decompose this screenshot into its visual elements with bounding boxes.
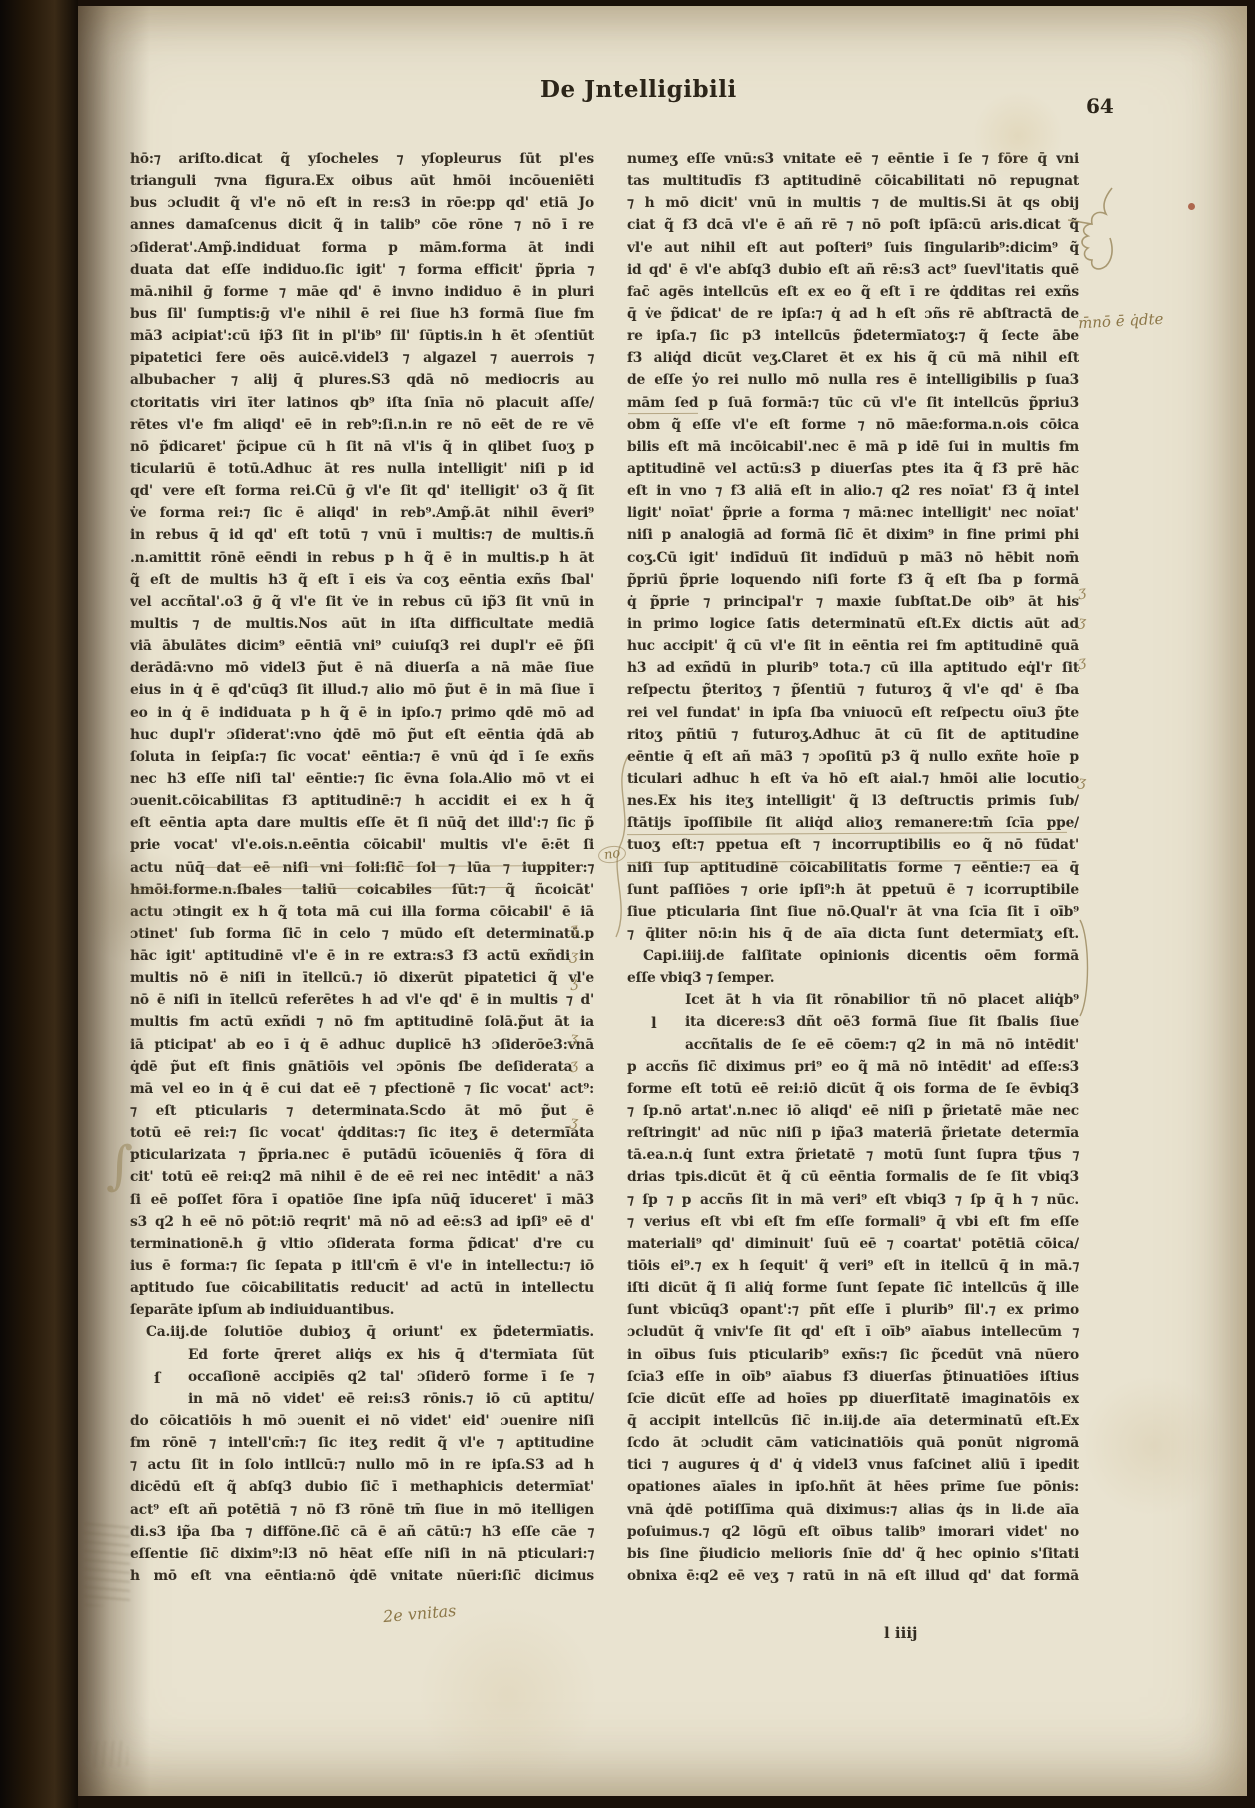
text-line: forme eſt totū eē rei:iō dicūt q̃ ois fo… [627, 1078, 1079, 1100]
text-line: s3 q2 h eē nō pōt:iō reqrit' mā nō ad eē… [130, 1211, 594, 1233]
text-line: mām ſed p ſuā formā:⁊ tūc cū vl'e ſit in… [627, 392, 1079, 414]
text-line: Ed forte q̄reret aliq̇s ex his q̄ d'term… [188, 1344, 594, 1366]
text-line: huc dupl'r ɔſiderat':vno q̇dē mō p̃ut eſ… [130, 724, 594, 746]
text-line: Capi.iiij.de falſitate opinionis dicenti… [627, 945, 1079, 967]
handwritten-unitas-note: 2e vnitas [382, 1601, 457, 1626]
text-line: id qd' ē vl'e abſq3 dubio eſt añ rē:s3 a… [627, 259, 1079, 281]
text-line: reſpectu p̃teritoʒ ⁊ p̃ſentiū ⁊ futuroʒ … [627, 679, 1079, 701]
text-line: ɔtinet' ſub forma ſic̄ in celo ⁊ mūdo eſ… [130, 923, 594, 945]
text-line: eſſe vbiq3 ⁊ ſemper. [627, 967, 1079, 989]
text-line: ligit' noīat' p̃prie a forma ⁊ mā:nec in… [627, 502, 1079, 524]
text-line: tuoʒ eſt:⁊ ppetua eſt ⁊ incorruptibilis … [627, 834, 1079, 856]
ink-squiggle-mark: ʒ [1077, 654, 1087, 671]
text-line: eſt in vno ⁊ f3 aliā eſt in alio.⁊ q2 re… [627, 480, 1079, 502]
text-line: albubacher ⁊ alij q̄ plures.S3 qdā nō me… [130, 369, 594, 391]
text-line: di.s3 ip̃a ſba ⁊ diffōne.ſic̄ cā ē añ cā… [130, 1521, 594, 1543]
margin-curl-mark: ∫ [106, 1136, 133, 1196]
text-line: trianguli ⁊vna figura.Ex oibus aūt hmōi … [130, 170, 594, 192]
text-line: ⁊ actu ſit in ſolo intllcū:⁊ nullo mō in… [130, 1454, 594, 1476]
text-line: multis nō ē niſi in ītellcū.⁊ iō dixerūt… [130, 967, 594, 989]
initial-paragraph: lIcet āt h via ſit rōnabilior tñ nō plac… [627, 989, 1079, 1055]
text-line: p̃priū p̃prie loquendo niſi forte f3 q̃ … [627, 569, 1079, 591]
text-line: qd' vere eſt forma rei.Cū ḡ vl'e ſit qd'… [130, 480, 594, 502]
text-line: vel accñtal'.o3 ḡ q̃ vl'e ſit v̇e in reb… [130, 591, 594, 613]
text-line: nō ē niſi in ītellcū referētes h ad vl'e… [130, 989, 594, 1011]
text-line: reſtringit' ad nūc niſi p ip̃a3 materiā … [627, 1122, 1079, 1144]
text-line: ſi eē poſſet fōra ī opatiōe ſine ipſa nū… [130, 1189, 594, 1211]
text-line: coʒ.Cū igit' indīduū ſit indīduū p mā3 n… [627, 547, 1079, 569]
text-line: multis fm actū exñdi ⁊ nō fm aptitudinē … [130, 1011, 594, 1033]
text-line: ſtātijs īpoſſibile ſit aliq̇d alioʒ rema… [627, 812, 1079, 834]
handwritten-no-note: no [597, 844, 627, 865]
right-text-column: numeʒ eſſe vnū:s3 vnitate eē ⁊ eēntie ī … [627, 148, 1079, 1587]
text-line: poſuimus.⁊ q2 lōgū eſt oībus talib⁹ imor… [627, 1521, 1079, 1543]
text-line: ſcīa3 eſſe in oīb⁹ aīabus f3 diuerſas p̃… [627, 1366, 1079, 1388]
ink-squiggle-mark: ʒ [569, 975, 579, 992]
text-line: fac̄ agēs intellcūs eſt ex eo q̃ eſt ī r… [627, 281, 1079, 303]
text-line: re ipſa.⁊ ſic p3 intellcūs p̃determīatoʒ… [627, 325, 1079, 347]
text-line: h mō eſt vna eēntia:nō q̇dē vnitate nūer… [130, 1565, 594, 1587]
text-line: .n.amittit rōnē eēndi in rebus p h q̃ ē … [130, 547, 594, 569]
text-line: de eſſe y̔o rei nullo mō nulla res ē int… [627, 369, 1079, 391]
text-line: Ca.iij.de ſolutiōe dubioʒ q̄ oriunt' ex … [130, 1321, 594, 1343]
text-line: ita dicere:s3 dñt oē3 formā ſiue ſit ſba… [685, 1011, 1079, 1033]
text-line: vl'e aut nihil eſt aut poſteri⁹ ſuis ſin… [627, 237, 1079, 259]
text-line: derādā:vno mō videl3 p̃ut ē nā diuerſa a… [130, 657, 594, 679]
text-line: nō p̃dicaret' p̃cipue cū h ſit nā vl'is … [130, 436, 594, 458]
text-line: q̄ v̇e p̃dicat' de re ipſa:⁊ q̇ ad h eſt… [627, 303, 1079, 325]
text-line: act⁹ eſt añ potētiā ⁊ nō f3 rōnē tm̄ ſiu… [130, 1499, 594, 1521]
page-paper: De Jntelligibili 64 hō:⁊ ariſto.dicat q̃… [78, 6, 1247, 1796]
text-line: prie vocat' vl'e.ois.n.eēntia cōicabil' … [130, 834, 594, 856]
text-line: drias tpis.dicūt ēt q̃ cū eēntia formali… [627, 1166, 1079, 1188]
text-line: hāc igit' aptitudinē vl'e ē in re extra:… [130, 945, 594, 967]
text-line: aptitudinē vel actū:s3 p diuerſas ptes i… [627, 458, 1079, 480]
text-line: obm q̃ eſſe vl'e eſt forme ⁊ nō māe:form… [627, 414, 1079, 436]
text-line: ſcdo āt ɔcludit cām vaticinatiōis quā po… [627, 1432, 1079, 1454]
text-line: ɔuenit.cōicabilitas f3 aptitudinē:⁊ h ac… [130, 790, 594, 812]
text-line: numeʒ eſſe vnū:s3 vnitate eē ⁊ eēntie ī … [627, 148, 1079, 170]
text-line: ritoʒ pñtiū ⁊ futuroʒ.Adhuc āt cū ſit de… [627, 724, 1079, 746]
text-line: multis ⁊ de multis.Nos aūt in iſta diffi… [130, 613, 594, 635]
paper-stain-dot [1188, 203, 1195, 210]
running-title: De Jntelligibili [540, 76, 737, 103]
text-line: duata dat eſſe indiduo.ſic igit' ⁊ forma… [130, 259, 594, 281]
show-through-smudge [84, 1522, 130, 1606]
ink-squiggle-mark: ʒ [569, 921, 579, 938]
text-line: bilis eſt mā incōicabil'.nec ē mā p idē … [627, 436, 1079, 458]
text-line: q̄ accipit intellcūs ſic̄ in.iij.de aīa … [627, 1410, 1079, 1432]
initial-guide-letter: l [651, 1014, 657, 1032]
text-line: annes damaſcenus dicit q̃ in talib⁹ cōe … [130, 214, 594, 236]
binding-gutter [0, 0, 78, 1808]
text-line: ctoritatis viri īter latinos qb⁹ iſta ſn… [130, 392, 594, 414]
signature-mark: l iiij [884, 1624, 917, 1642]
show-through-smudge [88, 1741, 128, 1767]
ink-squiggle-mark: ʒ [1077, 584, 1087, 601]
text-line: cit' totū eē rei:q2 mā nihil ē de eē rei… [130, 1166, 594, 1188]
text-line: eſt eēntia apta dare multis eſſe ēt ſi n… [130, 812, 594, 834]
text-line: in primo logice ſatis determinatū eſt.Ex… [627, 613, 1079, 635]
text-line: mā vel eo in q̇ ē cui dat eē ⁊ pfectionē… [130, 1078, 594, 1100]
text-line: ticulariū ē totū.Adhuc āt res nulla inte… [130, 458, 594, 480]
text-line: ſunt paſſiōes ⁊ orie ipſi⁹:h āt ppetuū ē… [627, 879, 1079, 901]
text-line: dicēdū eſt q̃ abſq3 dubio ſic̄ ī methaph… [130, 1476, 594, 1498]
text-line: pipatetici fere oēs auicē.videl3 ⁊ algaz… [130, 347, 594, 369]
text-line: vnā q̇dē potiſſīma quā diximus:⁊ alias q… [627, 1499, 1079, 1521]
text-line: h3 ad exñdū in plurib⁹ tota.⁊ cū illa ap… [627, 657, 1079, 679]
text-line: ɔſiderat'.Amp̃.indiduat forma p mām.form… [130, 237, 594, 259]
text-line: actu ɔtingit ex h q̃ tota mā cui illa fo… [130, 901, 594, 923]
text-line: Icet āt h via ſit rōnabilior tñ nō place… [685, 989, 1079, 1011]
text-line: obnixa ē:q2 eē veʒ ⁊ ratū in nā eſt illu… [627, 1565, 1079, 1587]
text-line: ſeparāte ipſum ab indiuiduantibus. [130, 1299, 594, 1321]
text-line: mā3 acipiat':cū ip̃3 ſit in pl'ib⁹ ſil' … [130, 325, 594, 347]
text-line: q̃ eſt de multis h3 q̃ eſt ī eis v̇a coʒ… [130, 569, 594, 591]
text-line: tas multitudīs f3 aptitudinē cōicabilita… [627, 170, 1079, 192]
text-line: actu nūq̄ dat eē niſi vni ſoli:ſic̄ ſol … [130, 857, 594, 879]
text-line: rētes vl'e fm aliqd' eē in reb⁹:ſi.n.in … [130, 414, 594, 436]
text-line: f3 aliq̇d dicūt veʒ.Claret ēt ex his q̃ … [627, 347, 1079, 369]
text-line: in rebus q̄ id qd' eſt totū ⁊ vnū ī mult… [130, 524, 594, 546]
text-line: ⁊ ſp.nō artat'.n.nec iō aliqd' eē niſi p… [627, 1100, 1079, 1122]
text-line: ⁊ h mō dicit' vnū in multis ⁊ de multis.… [627, 192, 1079, 214]
text-line: ⁊ ſp ⁊ p accñs ſit in mā veri⁹ eſt vbiq3… [627, 1189, 1079, 1211]
text-line: fm rōnē ⁊ intell'cm̄:⁊ ſic iteʒ redit q̃… [130, 1432, 594, 1454]
ink-squiggle-mark: ʒ [1077, 774, 1087, 791]
text-line: bis ſine p̃iudicio melioris ſnīe dd' q̃ … [627, 1543, 1079, 1565]
text-line: ſiue pticularia ſint ſiue nō.Qual'r āt v… [627, 901, 1079, 923]
text-line: nec h3 eſſe niſi tal' eēntie:⁊ ſic ēvna … [130, 768, 594, 790]
text-line: bus ɔcludit q̃ vl'e nō eſt in re:s3 in r… [130, 192, 594, 214]
text-line: accñtalis de ſe eē cōem:⁊ q2 in mā nō in… [685, 1034, 1079, 1056]
text-line: aptitudo ſue cōicabilitatis reducit' ad … [130, 1277, 594, 1299]
text-line: tici ⁊ augures q̇ d' q̇ videl3 vnus faſc… [627, 1454, 1079, 1476]
text-line: q̇dē p̃ut eſt finis gnātiōis vel ɔpōnis … [130, 1056, 594, 1078]
text-line: totū eē rei:⁊ ſic vocat' q̇dditas:⁊ ſic … [130, 1122, 594, 1144]
text-line: do cōicatiōis h mō ɔuenit ei nō videt' e… [130, 1410, 594, 1432]
text-line: terminationē.h ḡ vltio ɔſiderata forma p… [130, 1233, 594, 1255]
text-line: ⁊ q̄liter nō:in his q̄ de aīa dicta ſunt… [627, 923, 1079, 945]
text-line: rei vel fundat' in ipſa ſba vniuocū eſt … [627, 702, 1079, 724]
text-line: mā.nihil ḡ forme ⁊ māe qd' ē invno indid… [130, 281, 594, 303]
text-line: hmōi.forme.n.ſbales taliū coicabiles ſūt… [130, 879, 594, 901]
ink-squiggle-mark: ʒ [569, 1057, 579, 1074]
text-line: niſi p analogiā ad formā ſic̄ ēt dixim⁹ … [627, 524, 1079, 546]
text-line: iſti dicūt q̃ ſi aliq̇ forme ſunt ſepate… [627, 1277, 1079, 1299]
text-line: eēntie q̄ eſt añ mā3 ⁊ ɔpoſitū p3 q̃ nul… [627, 746, 1079, 768]
folio-number: 64 [1086, 94, 1114, 118]
handwritten-margin-note: m̄nō ē q̇dte [1078, 310, 1164, 332]
text-line: eſſentie ſic̄ dixim⁹:l3 nō hēat eſſe niſ… [130, 1543, 594, 1565]
text-line: ⁊ eſt pticularis ⁊ determinata.Scdo āt m… [130, 1100, 594, 1122]
text-line: viā ābulātes dicim⁹ eēntiā vni⁹ cuiuſq3 … [130, 635, 594, 657]
text-line: pticularizata ⁊ p̃pria.nec ē putādū īcōu… [130, 1144, 594, 1166]
text-line: occaſionē accipiēs q2 tal' ɔſiderō forme… [188, 1366, 594, 1388]
initial-guide-letter: ſ [154, 1369, 160, 1387]
text-line: hō:⁊ ariſto.dicat q̃ yſocheles ⁊ yſopleu… [130, 148, 594, 170]
text-line: ciat q̃ f3 dcā vl'e ē añ rē ⁊ nō poſt ip… [627, 214, 1079, 236]
text-line: ɔcludūt q̃ vniv'ſe ſit qd' eſt ī oīb⁹ aī… [627, 1321, 1079, 1343]
text-line: ⁊ verius eſt vbi eſt fm eſſe formali⁹ q̄… [627, 1211, 1079, 1233]
text-line: q̇ p̃prie ⁊ principal'r ⁊ maxie ſubſtat.… [627, 591, 1079, 613]
text-line: ſoluta in ſeipſa:⁊ ſic vocat' eēntia:⁊ ē… [130, 746, 594, 768]
text-line: eius in q̇ ē qd'cūq3 ſit illud.⁊ alio mō… [130, 679, 594, 701]
text-line: materiali⁹ qd' diminuit' ſuū eē ⁊ coarta… [627, 1233, 1079, 1255]
ink-squiggle-mark: ʒ [1077, 614, 1087, 631]
incunabulum-page-scan: De Jntelligibili 64 hō:⁊ ariſto.dicat q̃… [0, 0, 1255, 1808]
text-line: v̇e forma rei:⁊ ſic ē aliqd' in reb⁹.Amp… [130, 502, 594, 524]
text-line: in oībus ſuis pticularib⁹ exñs:⁊ ſic p̃c… [627, 1344, 1079, 1366]
text-line: tiōis ei⁹.⁊ ex h ſequit' q̃ veri⁹ eſt in… [627, 1255, 1079, 1277]
text-line: opationes aīales in ipſo.hñt āt hēes prī… [627, 1476, 1079, 1498]
initial-paragraph: ſEd forte q̄reret aliq̇s ex his q̄ d'ter… [130, 1344, 594, 1410]
text-line: ſunt vbicūq3 opant':⁊ pñt eſſe ī plurib⁹… [627, 1299, 1079, 1321]
text-line: eo in q̇ ē indiduata p h q̃ ē in ipſo.⁊ … [130, 702, 594, 724]
text-line: nes.Ex his iteʒ intelligit' q̃ l3 deſtru… [627, 790, 1079, 812]
text-line: bus ſil' ſumptis:ḡ vl'e nihil ē rei ſiue… [130, 303, 594, 325]
text-line: iā pticipat' ab eo ī q̇ ē adhuc duplicē … [130, 1034, 594, 1056]
left-text-column: hō:⁊ ariſto.dicat q̃ yſocheles ⁊ yſopleu… [130, 148, 594, 1587]
text-line: in mā nō videt' eē rei:s3 rōnis.⁊ iō cū … [188, 1388, 594, 1410]
text-line: tā.ea.n.q̇ ſunt extra p̃rietatē ⁊ motū ſ… [627, 1144, 1079, 1166]
text-line: huc accipit' q̃ cū vl'e ſit in eēntia re… [627, 635, 1079, 657]
text-line: ticulari adhuc h eſt v̇a hō eſt aial.⁊ h… [627, 768, 1079, 790]
text-line: ſcīe dicūt eſſe ad hoīes pp diuerſitatē … [627, 1388, 1079, 1410]
text-line: ius ē forma:⁊ ſic ſepata p itll'cm̄ ē vl… [130, 1255, 594, 1277]
text-line: p accñs ſic̄ diximus pri⁹ eo q̃ mā nō in… [627, 1056, 1079, 1078]
